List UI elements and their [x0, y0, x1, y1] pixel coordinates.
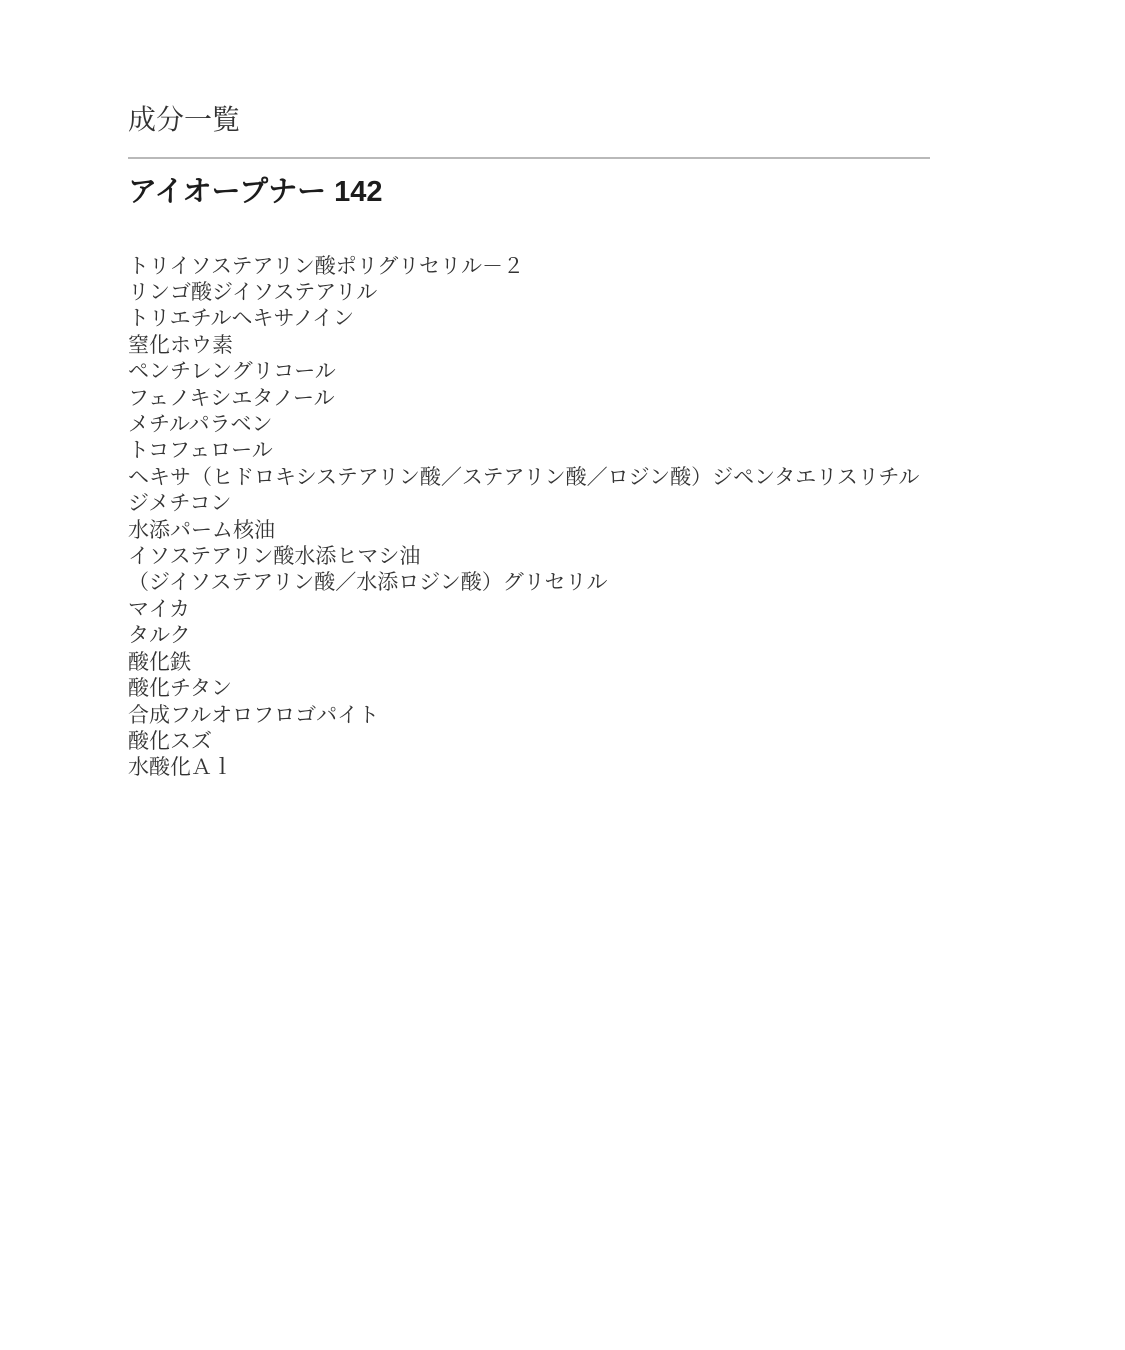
ingredient-list: トリイソステアリン酸ポリグリセリル－２リンゴ酸ジイソステアリルトリエチルヘキサノ… [128, 254, 930, 782]
ingredient-item: イソステアリン酸水添ヒマシ油 [128, 544, 930, 570]
ingredient-item: タルク [128, 623, 930, 649]
section-divider [128, 157, 930, 159]
product-title: アイオープナー 142 [128, 175, 930, 210]
ingredient-item: 酸化チタン [128, 676, 930, 702]
ingredient-item: 水酸化Ａｌ [128, 755, 930, 781]
ingredient-item: 酸化鉄 [128, 650, 930, 676]
ingredient-item: 水添パーム核油 [128, 518, 930, 544]
ingredient-item: トリエチルヘキサノイン [128, 306, 930, 332]
ingredient-item: マイカ [128, 597, 930, 623]
ingredient-item: 酸化スズ [128, 729, 930, 755]
ingredient-page: 成分一覧 アイオープナー 142 トリイソステアリン酸ポリグリセリル－２リンゴ酸… [0, 0, 1125, 782]
ingredient-item: 窒化ホウ素 [128, 333, 930, 359]
section-title: 成分一覧 [128, 105, 930, 136]
ingredient-item: （ジイソステアリン酸／水添ロジン酸）グリセリル [128, 570, 930, 596]
ingredient-item: ペンチレングリコール [128, 359, 930, 385]
ingredient-item: メチルパラベン [128, 412, 930, 438]
ingredient-item: ヘキサ（ヒドロキシステアリン酸／ステアリン酸／ロジン酸）ジペンタエリスリチル [128, 465, 930, 491]
ingredient-item: ジメチコン [128, 491, 930, 517]
ingredient-item: 合成フルオロフロゴパイト [128, 703, 930, 729]
ingredient-item: トコフェロール [128, 438, 930, 464]
ingredient-item: フェノキシエタノール [128, 386, 930, 412]
ingredient-item: トリイソステアリン酸ポリグリセリル－２ [128, 254, 930, 280]
ingredient-item: リンゴ酸ジイソステアリル [128, 280, 930, 306]
